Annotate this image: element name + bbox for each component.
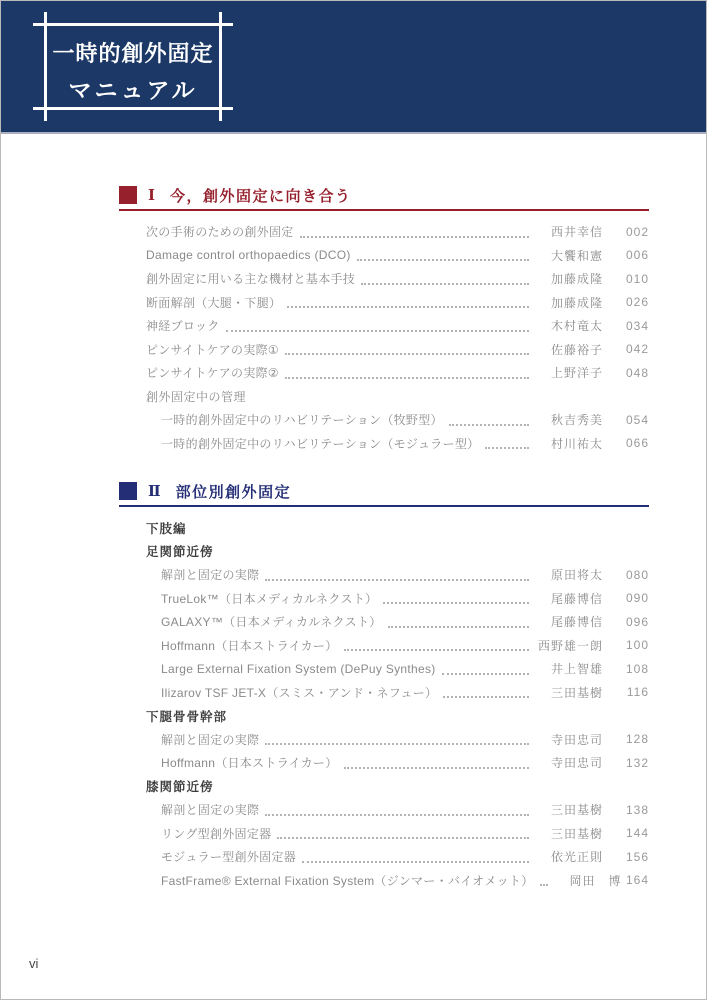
toc-section: Ⅰ 今，創外固定に向き合う 次の手術のための創外固定 西井幸信 002 Dama… xyxy=(119,185,649,455)
logo-frame-line-right xyxy=(219,12,222,121)
entry-title: 解剖と固定の実際 xyxy=(161,731,259,748)
section-title: 今，創外固定に向き合う xyxy=(170,185,352,206)
entry-page-number: 132 xyxy=(603,756,649,770)
subheading-label: 足関節近傍 xyxy=(146,542,214,560)
entry-title: ピンサイトケアの実際① xyxy=(146,341,279,358)
toc-entry: 断面解剖（大腿・下腿） 加藤成隆 026 xyxy=(119,291,649,315)
dot-leader xyxy=(383,592,529,604)
dot-leader xyxy=(344,757,530,769)
subheading-label: 膝関節近傍 xyxy=(146,777,214,795)
entry-title: 創外固定に用いる主な機材と基本手技 xyxy=(146,270,355,287)
entry-title: GALAXY™（日本メディカルネクスト） xyxy=(161,613,382,630)
toc-subheading: 膝関節近傍 xyxy=(119,775,649,799)
toc-entry: 次の手術のための創外固定 西井幸信 002 xyxy=(119,220,649,244)
entry-author: 岡田 博 xyxy=(556,872,622,889)
dot-leader xyxy=(361,273,529,285)
entry-title: Hoffmann（日本ストライカー） xyxy=(161,754,338,771)
toc-entry: Hoffmann（日本ストライカー） 寺田忠司 132 xyxy=(119,751,649,775)
entry-title: ピンサイトケアの実際② xyxy=(146,364,279,381)
toc-entry: モジュラー型創外固定器 依光正則 156 xyxy=(119,845,649,869)
entry-title: Damage control orthopaedics (DCO) xyxy=(146,248,351,262)
entry-author: 原田将太 xyxy=(537,566,603,583)
dot-leader xyxy=(357,249,529,261)
dot-leader xyxy=(285,343,529,355)
entry-author: 井上智雄 xyxy=(537,660,603,677)
entry-page-number: 034 xyxy=(603,319,649,333)
entry-title: 解剖と固定の実際 xyxy=(161,566,259,583)
entry-page-number: 054 xyxy=(603,413,649,427)
section-header: Ⅰ 今，創外固定に向き合う xyxy=(119,185,649,205)
entry-page-number: 108 xyxy=(603,662,649,676)
dot-leader xyxy=(540,874,548,886)
dot-leader xyxy=(302,851,529,863)
entry-author: 西野雄一朗 xyxy=(537,637,603,654)
entry-title: FastFrame® External Fixation System（ジンマー… xyxy=(161,872,534,889)
toc-entry: ピンサイトケアの実際② 上野洋子 048 xyxy=(119,361,649,385)
entry-title: TrueLok™（日本メディカルネクスト） xyxy=(161,590,377,607)
entry-page-number: 116 xyxy=(603,685,649,699)
entry-title: Ilizarov TSF JET-X（スミス・アンド・ネフュー） xyxy=(161,684,437,701)
entry-title: リング型創外固定器 xyxy=(161,825,271,842)
toc-subheading: 下肢編 xyxy=(119,516,649,540)
entry-title: 解剖と固定の実際 xyxy=(161,801,259,818)
entry-title: 神経ブロック xyxy=(146,317,220,334)
entry-author: 木村竜太 xyxy=(537,317,603,334)
section-marker-square xyxy=(119,482,137,500)
dot-leader xyxy=(265,733,529,745)
entry-author: 加藤成隆 xyxy=(537,294,603,311)
toc-group-label: 創外固定中の管理 xyxy=(119,385,649,409)
toc-entry: GALAXY™（日本メディカルネクスト） 尾藤博信 096 xyxy=(119,610,649,634)
book-title-line1: 一時的創外固定 xyxy=(47,37,219,68)
toc-entry: 解剖と固定の実際 原田将太 080 xyxy=(119,563,649,587)
dot-leader xyxy=(300,226,529,238)
section-rule xyxy=(119,505,649,507)
dot-leader xyxy=(344,639,530,651)
toc-entry: 創外固定に用いる主な機材と基本手技 加藤成隆 010 xyxy=(119,267,649,291)
entry-page-number: 164 xyxy=(622,873,649,887)
entry-page-number: 144 xyxy=(603,826,649,840)
entry-author: 三田基樹 xyxy=(537,801,603,818)
entry-title: 断面解剖（大腿・下腿） xyxy=(146,294,281,311)
section-header: Ⅱ 部位別創外固定 xyxy=(119,481,649,501)
dot-leader xyxy=(388,616,529,628)
section-rows: 下肢編 足関節近傍 解剖と固定の実際 原田将太 080 TrueLok™（日本メ… xyxy=(119,516,649,892)
dot-leader xyxy=(277,827,529,839)
logo-frame-line-bottom xyxy=(33,107,233,110)
entry-author: 村川祐太 xyxy=(537,435,603,452)
toc-entry: TrueLok™（日本メディカルネクスト） 尾藤博信 090 xyxy=(119,587,649,611)
dot-leader xyxy=(443,686,529,698)
logo-frame-line-top xyxy=(33,23,233,26)
entry-page-number: 090 xyxy=(603,591,649,605)
section-rule xyxy=(119,209,649,211)
entry-page-number: 096 xyxy=(603,615,649,629)
toc-entry: ピンサイトケアの実際① 佐藤裕子 042 xyxy=(119,338,649,362)
entry-title: 次の手術のための創外固定 xyxy=(146,223,294,240)
book-logo: 一時的創外固定 マニュアル xyxy=(33,12,233,121)
section-rows: 次の手術のための創外固定 西井幸信 002 Damage control ort… xyxy=(119,220,649,455)
toc-section: Ⅱ 部位別創外固定 下肢編 足関節近傍 解剖と固定の実際 原田将太 080 Tr… xyxy=(119,481,649,892)
dot-leader xyxy=(265,569,529,581)
dot-leader xyxy=(287,296,529,308)
book-title-line2: マニュアル xyxy=(47,72,219,105)
toc-entry: 一時的創外固定中のリハビリテーション（牧野型） 秋吉秀美 054 xyxy=(119,408,649,432)
group-label: 創外固定中の管理 xyxy=(146,388,246,405)
subheading-label: 下腿骨骨幹部 xyxy=(146,707,227,725)
toc-subheading: 足関節近傍 xyxy=(119,540,649,564)
table-of-contents: Ⅰ 今，創外固定に向き合う 次の手術のための創外固定 西井幸信 002 Dama… xyxy=(119,185,649,918)
entry-author: 寺田忠司 xyxy=(537,731,603,748)
entry-page-number: 006 xyxy=(603,248,649,262)
dot-leader xyxy=(449,414,529,426)
entry-page-number: 048 xyxy=(603,366,649,380)
entry-author: 寺田忠司 xyxy=(537,754,603,771)
dot-leader xyxy=(485,437,529,449)
section-numeral: Ⅰ xyxy=(148,186,155,205)
entry-page-number: 128 xyxy=(603,732,649,746)
entry-page-number: 066 xyxy=(603,436,649,450)
toc-entry: Damage control orthopaedics (DCO) 大饗和憲 0… xyxy=(119,244,649,268)
folio-page-number: vi xyxy=(29,956,38,971)
toc-entry: FastFrame® External Fixation System（ジンマー… xyxy=(119,869,649,893)
section-marker-square xyxy=(119,186,137,204)
toc-entry: Ilizarov TSF JET-X（スミス・アンド・ネフュー） 三田基樹 11… xyxy=(119,681,649,705)
entry-page-number: 042 xyxy=(603,342,649,356)
entry-page-number: 138 xyxy=(603,803,649,817)
section-numeral: Ⅱ xyxy=(148,482,161,501)
entry-author: 上野洋子 xyxy=(537,364,603,381)
entry-author: 三田基樹 xyxy=(537,684,603,701)
entry-page-number: 010 xyxy=(603,272,649,286)
entry-page-number: 026 xyxy=(603,295,649,309)
entry-author: 尾藤博信 xyxy=(537,590,603,607)
entry-author: 佐藤裕子 xyxy=(537,341,603,358)
entry-author: 西井幸信 xyxy=(537,223,603,240)
toc-entry: 神経ブロック 木村竜太 034 xyxy=(119,314,649,338)
entry-author: 依光正則 xyxy=(537,848,603,865)
toc-entry: 一時的創外固定中のリハビリテーション（モジュラー型） 村川祐太 066 xyxy=(119,432,649,456)
toc-entry: リング型創外固定器 三田基樹 144 xyxy=(119,822,649,846)
entry-title: 一時的創外固定中のリハビリテーション（牧野型） xyxy=(161,411,443,428)
toc-subheading: 下腿骨骨幹部 xyxy=(119,704,649,728)
entry-page-number: 156 xyxy=(603,850,649,864)
entry-page-number: 002 xyxy=(603,225,649,239)
entry-author: 尾藤博信 xyxy=(537,613,603,630)
section-title: 部位別創外固定 xyxy=(176,481,292,502)
cover-header-band: 一時的創外固定 マニュアル xyxy=(1,1,706,134)
dot-leader xyxy=(226,320,529,332)
entry-author: 秋吉秀美 xyxy=(537,411,603,428)
dot-leader xyxy=(265,804,529,816)
toc-entry: 解剖と固定の実際 寺田忠司 128 xyxy=(119,728,649,752)
book-page: 一時的創外固定 マニュアル Ⅰ 今，創外固定に向き合う 次の手術のための創外固定… xyxy=(0,0,707,1000)
toc-entry: 解剖と固定の実際 三田基樹 138 xyxy=(119,798,649,822)
entry-title: Large External Fixation System (DePuy Sy… xyxy=(161,662,436,676)
entry-page-number: 100 xyxy=(603,638,649,652)
entry-author: 加藤成隆 xyxy=(537,270,603,287)
entry-title: 一時的創外固定中のリハビリテーション（モジュラー型） xyxy=(161,435,479,452)
entry-title: Hoffmann（日本ストライカー） xyxy=(161,637,338,654)
entry-page-number: 080 xyxy=(603,568,649,582)
dot-leader xyxy=(442,663,529,675)
dot-leader xyxy=(285,367,529,379)
entry-author: 大饗和憲 xyxy=(537,247,603,264)
subheading-label: 下肢編 xyxy=(146,519,187,537)
toc-entry: Hoffmann（日本ストライカー） 西野雄一朗 100 xyxy=(119,634,649,658)
entry-title: モジュラー型創外固定器 xyxy=(161,848,296,865)
entry-author: 三田基樹 xyxy=(537,825,603,842)
toc-entry: Large External Fixation System (DePuy Sy… xyxy=(119,657,649,681)
